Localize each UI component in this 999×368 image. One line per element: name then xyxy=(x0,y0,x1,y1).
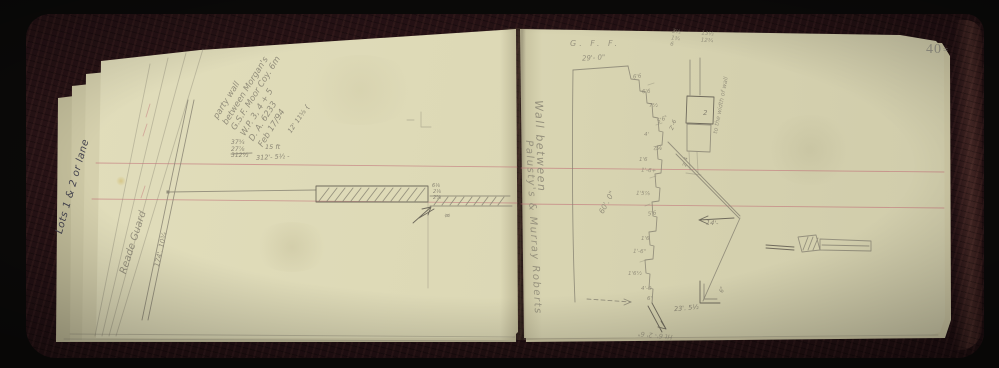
outline-top xyxy=(573,66,628,70)
step-measure-label: 7½ xyxy=(649,103,658,109)
page-structure xyxy=(64,31,944,341)
pencil-linework xyxy=(0,0,999,368)
junction-measure-label: 2⅞ xyxy=(433,195,441,201)
flue-lines xyxy=(690,58,700,95)
box-upper xyxy=(686,96,714,124)
step-measure-label: 5'6 xyxy=(648,210,657,217)
spine-crease-line xyxy=(519,31,521,336)
left-page-drawing xyxy=(142,100,512,320)
page-edge-creases xyxy=(95,49,203,336)
step-measure-label: 6'6 xyxy=(642,89,651,96)
tie-line xyxy=(169,190,316,192)
corner-detail-thin xyxy=(704,284,717,299)
sight-lines xyxy=(668,142,740,301)
plan-long-rect xyxy=(820,239,871,251)
step-measure-label: 4' xyxy=(644,132,649,138)
outline-left-side xyxy=(572,70,575,302)
step-measure-label: 1'6 xyxy=(639,157,648,163)
notebook-photo-scene: party wall between Morgan's G.S.F. Moor … xyxy=(0,0,999,368)
step-measure-label: 1'6½ xyxy=(628,271,642,277)
page-number-dash: = xyxy=(943,45,949,55)
plan-bar xyxy=(766,245,794,250)
wall-strip-hatch xyxy=(434,197,504,205)
step-measure-label: 1'-6+ xyxy=(641,168,656,175)
step-measure-label: 6'6 xyxy=(633,74,642,81)
corner-mark xyxy=(407,112,431,127)
stepped-wall-outline xyxy=(628,66,663,303)
page-number: 40= xyxy=(926,42,949,58)
step-measure-label: 1'5⅞ xyxy=(636,191,650,197)
ramp-lines xyxy=(648,303,666,332)
bottom-edge-lines xyxy=(64,334,938,341)
ruled-line-bottom xyxy=(92,199,944,208)
wall-bar-hatch xyxy=(319,188,425,201)
step-measure-label: 1'6 xyxy=(641,236,650,242)
right-page-drawing xyxy=(572,58,871,332)
step-measure-label: 4'-0 xyxy=(641,286,652,292)
plan-hatched-block xyxy=(798,235,820,252)
page-number-value: 40 xyxy=(926,42,942,57)
step-measure-label: 6' xyxy=(647,296,652,302)
step-measure-label: 7½ xyxy=(653,146,662,152)
sum-underline xyxy=(231,153,252,154)
apex-arrow xyxy=(699,216,734,224)
junction-arrow xyxy=(413,207,434,223)
step-measure-label: 1'-6" xyxy=(633,249,646,255)
box-lower xyxy=(687,124,711,152)
